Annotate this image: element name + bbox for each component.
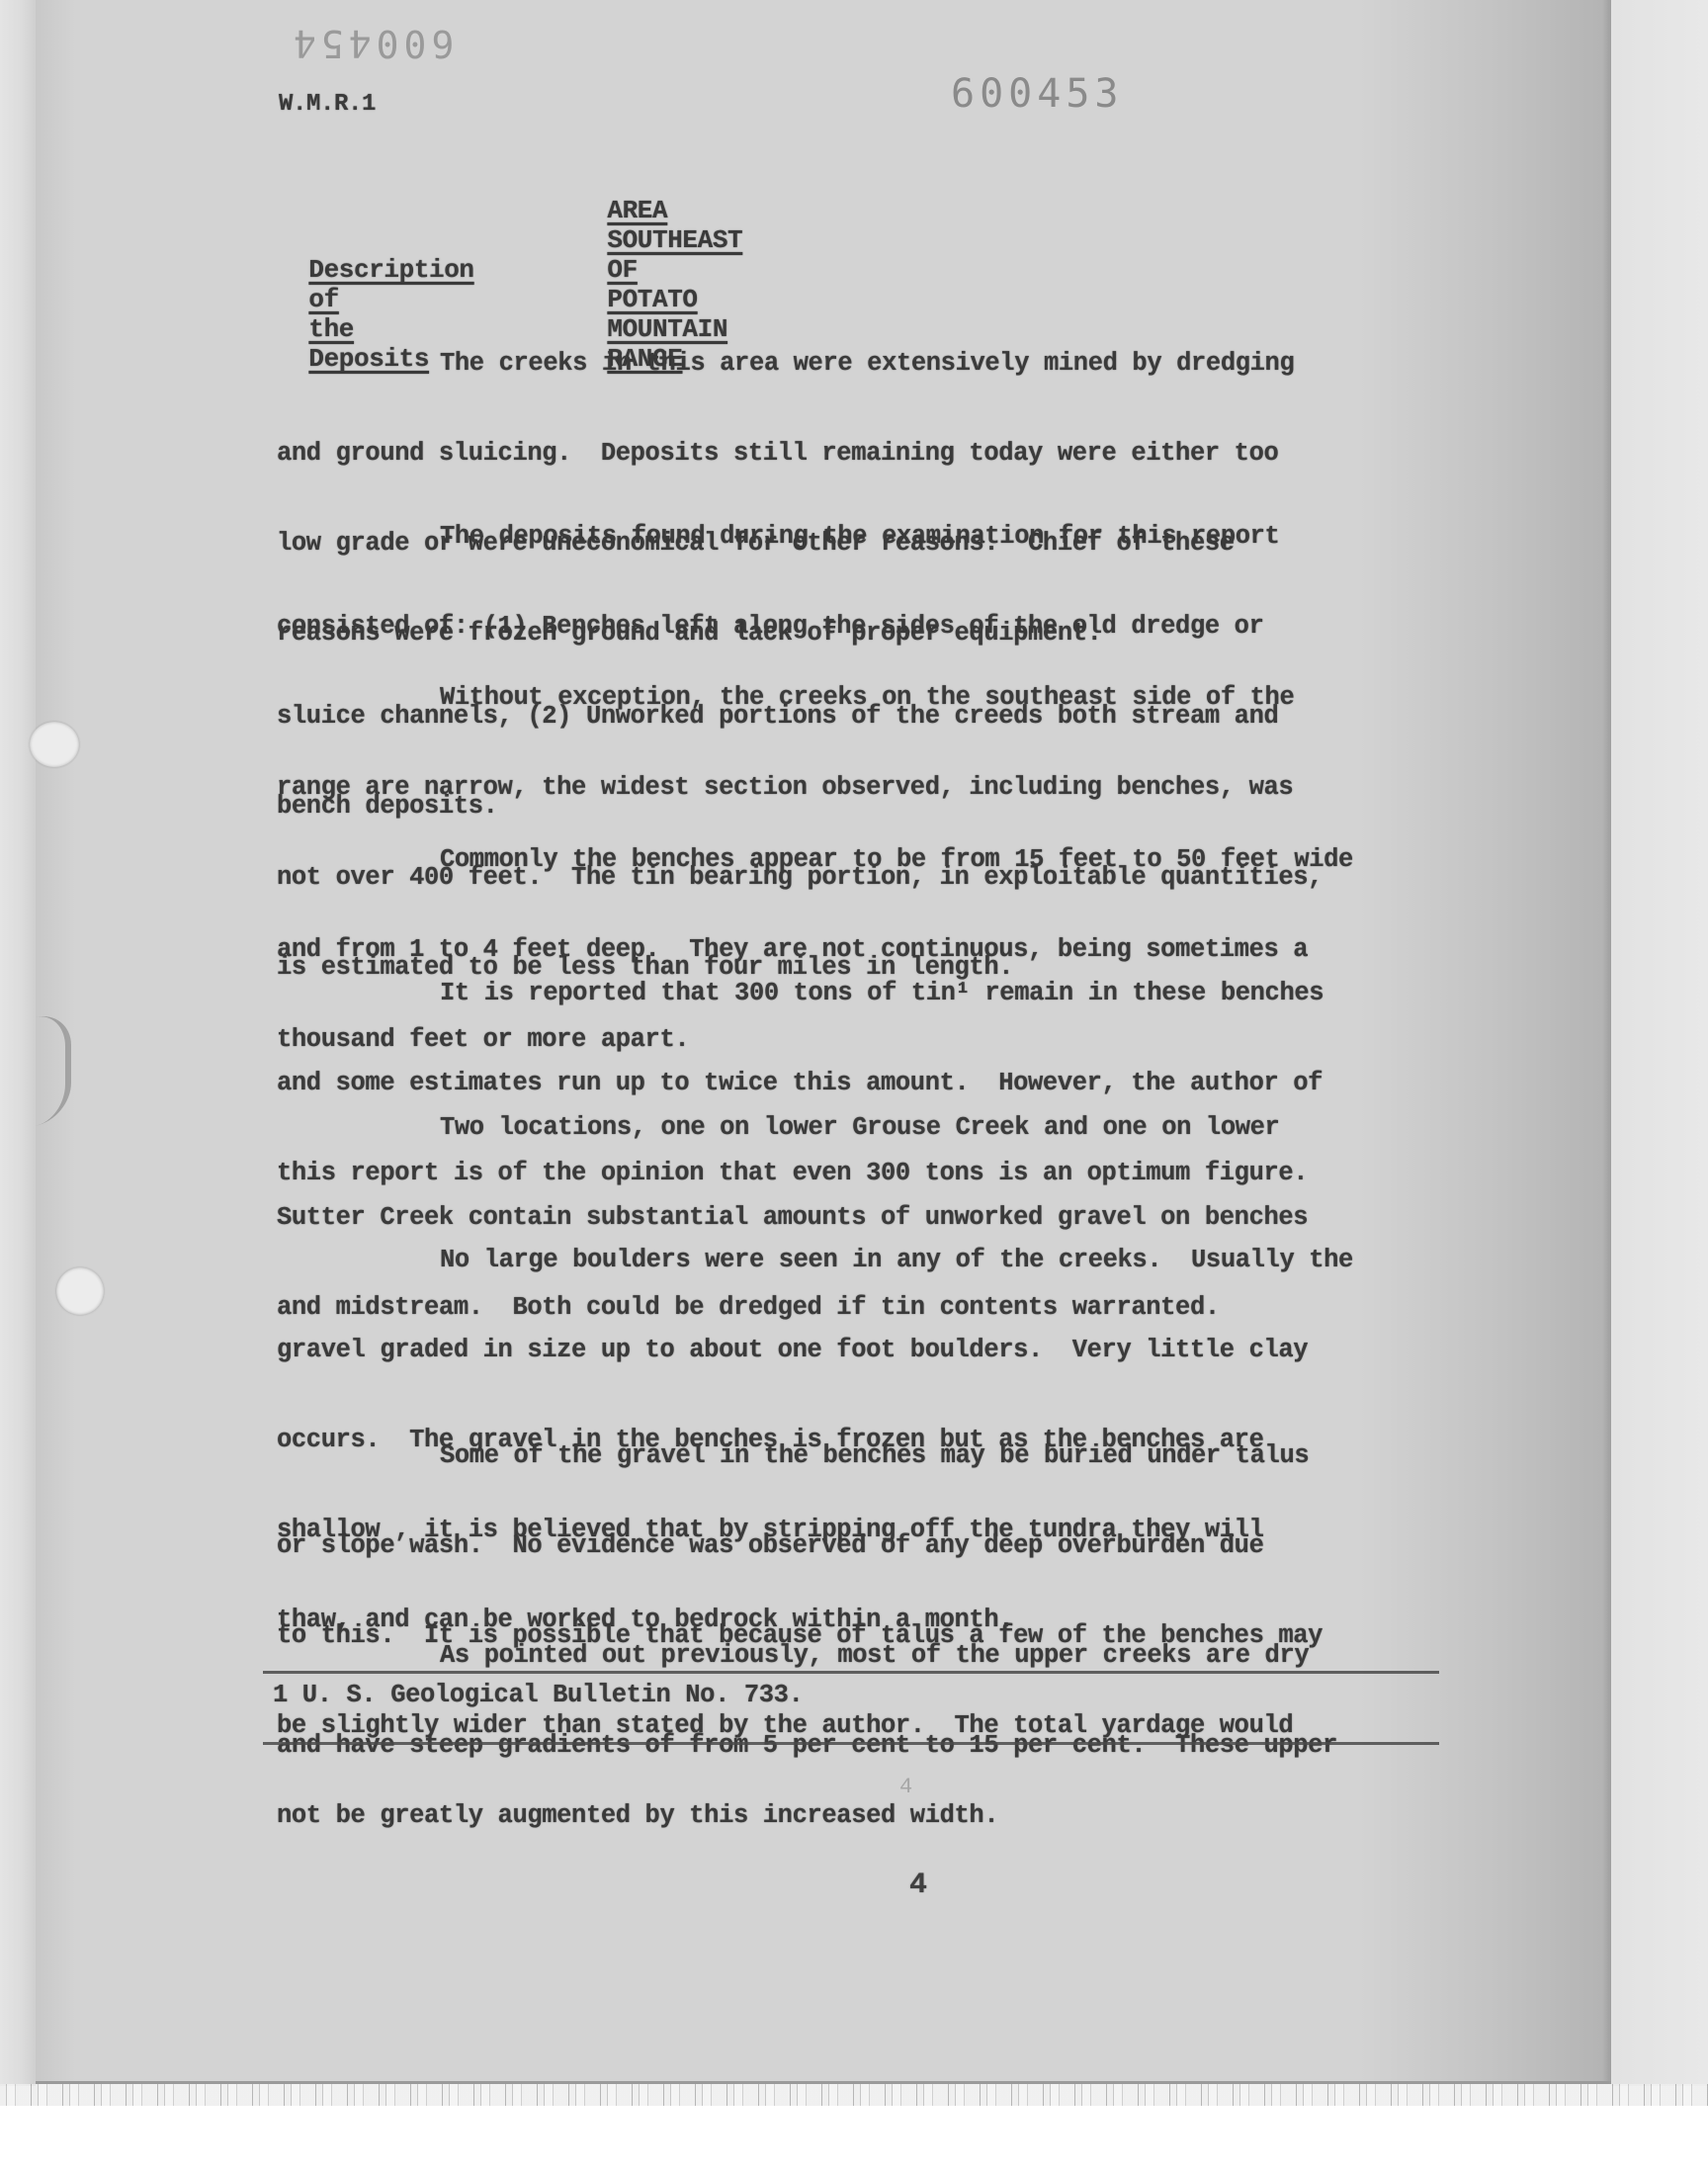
text-line: not be greatly augmented by this increas… <box>277 1799 1463 1832</box>
text-line: Without exception, the creeks on the sou… <box>277 681 1463 714</box>
punch-hole-top <box>30 722 79 767</box>
scanner-streaks <box>0 2084 1708 2106</box>
ghost-page-number: 4 <box>899 1775 912 1799</box>
text-line: As pointed out previously, most of the u… <box>277 1639 1463 1672</box>
text-line: gravel graded in size up to about one fo… <box>277 1334 1463 1366</box>
text-line: The deposits found during the examinatio… <box>277 520 1463 553</box>
footnote-divider-top <box>263 1671 1439 1674</box>
upside-down-stamp-number: 600454 <box>289 22 454 65</box>
text-line: It is reported that 300 tons of tin¹ rem… <box>277 977 1463 1009</box>
reference-code: W.M.R.1 <box>279 91 376 118</box>
scan-margin-right <box>1611 0 1708 2086</box>
text-line: Two locations, one on lower Grouse Creek… <box>277 1111 1463 1144</box>
punch-hole-bottom <box>56 1267 104 1315</box>
page-number: 4 <box>909 1869 927 1902</box>
text-line: The creeks in this area were extensively… <box>277 347 1463 380</box>
footnote: 1 U. S. Geological Bulletin No. 733. <box>273 1681 804 1709</box>
text-line: Commonly the benches appear to be from 1… <box>277 843 1463 876</box>
text-line: Some of the gravel in the benches may be… <box>277 1439 1463 1472</box>
scan-margin-left <box>0 0 36 2086</box>
title-word: SOUTHEAST <box>607 225 742 255</box>
text-line: and have steep gradients of from 5 per c… <box>277 1729 1463 1762</box>
footnote-divider-bottom <box>263 1742 1439 1745</box>
text-line: No large boulders were seen in any of th… <box>277 1244 1463 1276</box>
text-line: or slope wash. No evidence was observed … <box>277 1529 1463 1562</box>
title-word: OF <box>607 255 637 285</box>
document-stamp-number: 600453 <box>951 71 1124 117</box>
title-word: AREA <box>607 196 667 225</box>
heading-word: Description <box>308 255 473 285</box>
